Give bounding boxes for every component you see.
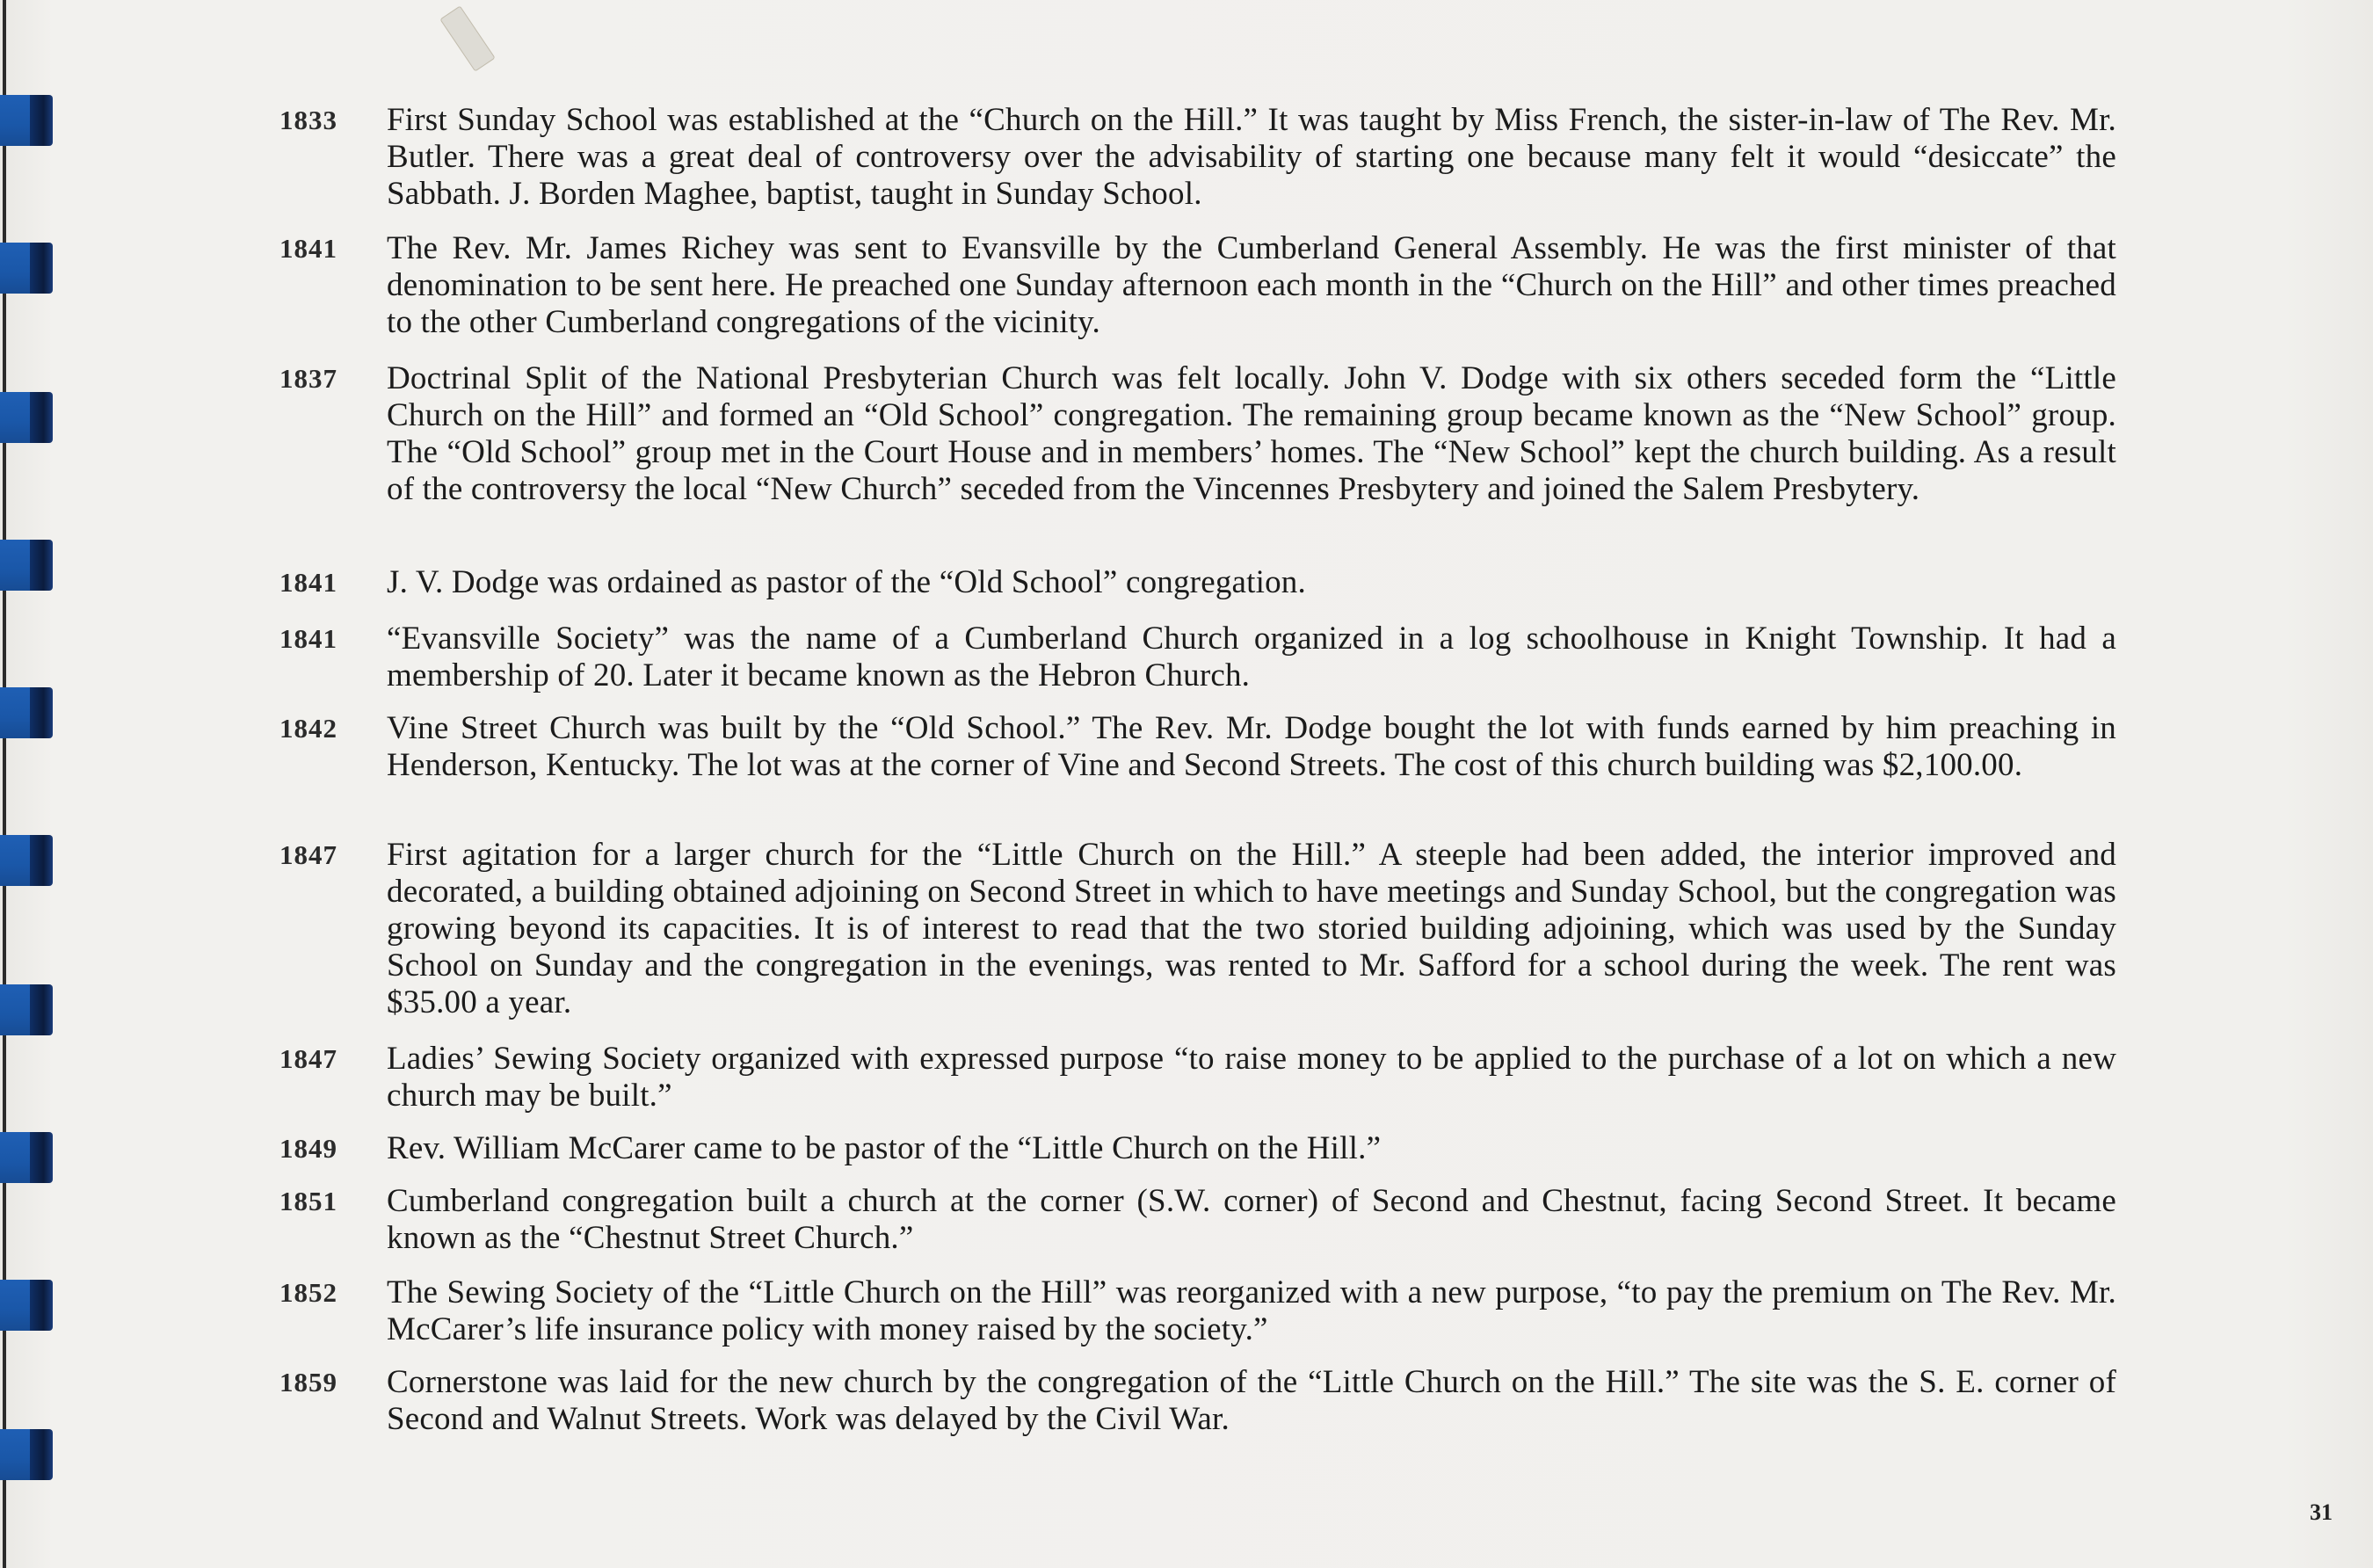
binding-ring xyxy=(0,243,53,294)
entry-year: 1837 xyxy=(279,360,359,397)
entry-text: Doctrinal Split of the National Presbyte… xyxy=(387,360,2116,508)
binding-ring xyxy=(0,1429,53,1480)
entry-year: 1841 xyxy=(279,564,359,601)
entry-year: 1852 xyxy=(279,1274,359,1311)
entry-text: Cornerstone was laid for the new church … xyxy=(387,1364,2116,1438)
entry-text: The Rev. Mr. James Richey was sent to Ev… xyxy=(387,230,2116,341)
entry-text: Cumberland congregation built a church a… xyxy=(387,1183,2116,1257)
entry-text: Vine Street Church was built by the “Old… xyxy=(387,710,2116,784)
spine-edge xyxy=(3,0,6,1568)
binding-ring xyxy=(0,984,53,1035)
entry-year: 1859 xyxy=(279,1364,359,1401)
entry-text: “Evansville Society” was the name of a C… xyxy=(387,621,2116,694)
binding-ring xyxy=(0,1132,53,1183)
entry-year: 1847 xyxy=(279,837,359,874)
scanned-book-page: 1833 First Sunday School was established… xyxy=(0,0,2373,1568)
binding-ring xyxy=(0,687,53,738)
binding-ring xyxy=(0,1280,53,1331)
entry-year: 1851 xyxy=(279,1183,359,1220)
entry-year: 1841 xyxy=(279,621,359,657)
entry-text: Rev. William McCarer came to be pastor o… xyxy=(387,1130,2116,1167)
tape-fragment xyxy=(439,5,495,71)
entry-text: J. V. Dodge was ordained as pastor of th… xyxy=(387,564,2116,601)
entry-year: 1833 xyxy=(279,102,359,139)
page-number: 31 xyxy=(2310,1499,2333,1526)
binding-ring xyxy=(0,540,53,591)
entry-text: First agitation for a larger church for … xyxy=(387,837,2116,1021)
binding-ring xyxy=(0,392,53,443)
entry-year: 1841 xyxy=(279,230,359,267)
binding-ring xyxy=(0,95,53,146)
entry-year: 1849 xyxy=(279,1130,359,1167)
entry-text: First Sunday School was established at t… xyxy=(387,102,2116,213)
entry-text: Ladies’ Sewing Society organized with ex… xyxy=(387,1041,2116,1114)
binding-ring xyxy=(0,835,53,886)
entry-year: 1847 xyxy=(279,1041,359,1078)
entry-text: The Sewing Society of the “Little Church… xyxy=(387,1274,2116,1348)
entry-year: 1842 xyxy=(279,710,359,747)
